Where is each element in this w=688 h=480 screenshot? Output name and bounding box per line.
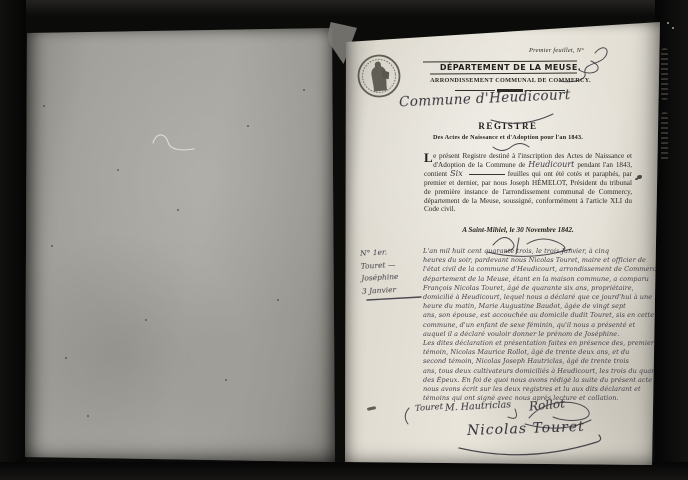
- signature-nicolas-touret: Nicolas Touret: [467, 419, 585, 439]
- paper-speckle: [117, 169, 119, 171]
- act-line: témoin, Nicolas Maurice Rollot, âgé de t…: [423, 348, 639, 357]
- register-title: REGISTRE: [438, 121, 578, 132]
- birth-act-text: L'an mil huit cent quarante trois, le tr…: [423, 247, 639, 403]
- act-line: L'an mil huit cent quarante trois, le tr…: [423, 247, 639, 256]
- act-line: nous avons écrit sur les deux registres …: [423, 385, 639, 394]
- blank-underline: [469, 174, 505, 175]
- scan-background-bottom: [0, 462, 688, 480]
- sheet-count-handwritten: Six: [447, 169, 466, 178]
- act-margin-note: N° 1er.Touret —Joséphine3 Janvier: [360, 244, 433, 298]
- act-line: ans, son épouse, est accouchée au domici…: [423, 311, 639, 320]
- department-heading: DÉPARTEMENT DE LA MEUSE.: [428, 63, 593, 73]
- paper-speckle: [225, 379, 227, 381]
- header-rule: [430, 72, 577, 74]
- left-blank-page: [25, 27, 335, 463]
- register-statement: Le présent Registre destiné à l'inscript…: [424, 152, 632, 214]
- dateline: A Saint-Mihiel, le 30 Novembre 1842.: [423, 226, 613, 235]
- paper-speckle: [43, 105, 45, 107]
- act-line: heures du soir, pardevant nous Nicolas T…: [423, 256, 639, 265]
- dust-speck: [667, 22, 669, 24]
- paper-speckle: [87, 415, 89, 417]
- commune-script-line: Commune d'Heudicourt: [399, 85, 609, 110]
- paper-speckle: [65, 357, 67, 359]
- folio-label: Premier feuillet, N°: [529, 47, 649, 55]
- paper-speckle: [177, 209, 179, 211]
- scan-background-top: [0, 0, 688, 16]
- act-line: second témoin, Nicolas Joseph Hautriclas…: [423, 357, 639, 366]
- act-line: domicilié à Heudicourt, lequel nous a dé…: [423, 293, 639, 302]
- register-scan: Premier feuillet, N° DÉPARTEMENT DE LA M…: [0, 0, 688, 480]
- scan-background-left: [0, 0, 26, 480]
- signature-touret: Touret: [415, 402, 444, 414]
- timbre-communal-seal-icon: [353, 50, 406, 103]
- spine-marking: [661, 48, 668, 100]
- spine-marking: [661, 112, 668, 162]
- signature-hautriclas: M. Hautriclas: [445, 399, 512, 413]
- register-subtitle: Des Actes de Naissance et d'Adoption pou…: [398, 134, 618, 142]
- statement-dropcap: L: [424, 152, 433, 164]
- signature-rollot: Rollot: [528, 396, 565, 413]
- commune-name-handwritten: Heudicourt: [525, 160, 577, 169]
- act-line: département de la Meuse, étant en la mai…: [423, 275, 639, 284]
- paper-speckle: [145, 319, 147, 321]
- ink-smudge: [367, 406, 376, 411]
- dust-speck: [672, 27, 674, 29]
- register-title-page: Premier feuillet, N° DÉPARTEMENT DE LA M…: [343, 20, 663, 467]
- act-line: ans, tous deux cultivateurs domiciliés à…: [423, 367, 639, 376]
- act-line: commune, d'un enfant de sexe féminin, qu…: [423, 321, 639, 330]
- act-line: auquel il a déclaré vouloir donner le pr…: [423, 330, 639, 339]
- scan-background-right: [655, 0, 688, 480]
- paper-speckle: [247, 125, 249, 127]
- paper-speckle: [51, 245, 53, 247]
- act-line: François Nicolas Touret, âgé de quarante…: [423, 284, 639, 293]
- act-line: l'état civil de la commune d'Heudicourt,…: [423, 265, 639, 274]
- paper-speckle: [277, 299, 279, 301]
- paper-speckle: [303, 89, 305, 91]
- act-line: Les dites déclaration et présentation fa…: [423, 339, 639, 348]
- ink-blot: [637, 175, 642, 179]
- white-scratch-mark: [145, 127, 205, 157]
- arrondissement-heading: ARRONDISSEMENT COMMUNAL DE COMMERCY.: [418, 77, 603, 85]
- act-line: heure du matin, Marie Augustine Baudot, …: [423, 302, 639, 311]
- act-line: des Épeux. En foi de quoi nous avons réd…: [423, 376, 639, 385]
